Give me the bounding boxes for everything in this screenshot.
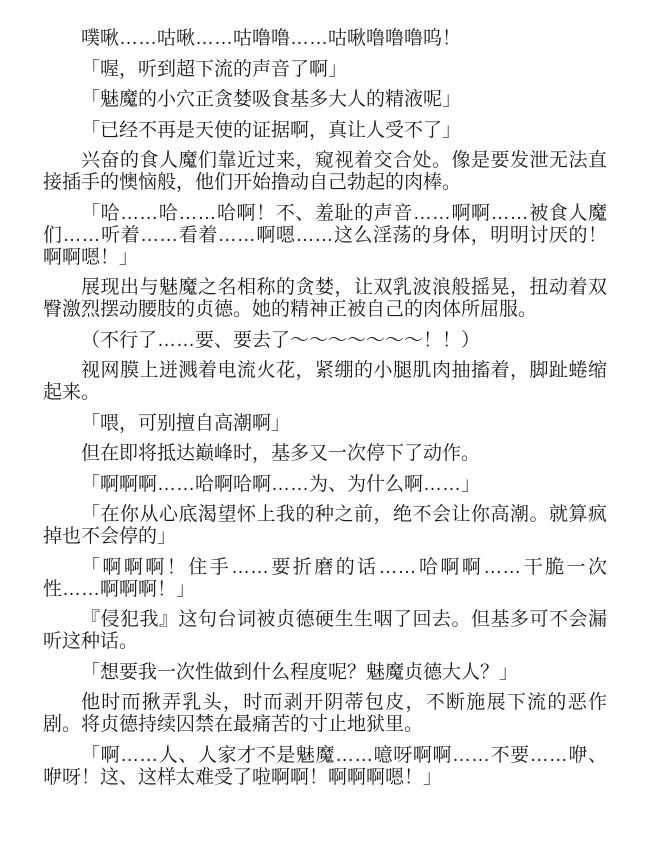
paragraph: 兴奋的食人魔们靠近过来，窥视着交合处。像是要发泄无法直接插手的懊恼般，他们开始撸…: [43, 150, 607, 194]
paragraph: 「哈……哈……哈啊！不、羞耻的声音……啊啊……被食人魔们……听着……看着……啊嗯…: [43, 203, 607, 269]
document-page: 噗啾……咕啾……咕噜噜……咕啾噜噜噜呜！「喔，听到超下流的声音了啊」「魅魔的小穴…: [0, 0, 650, 850]
paragraph: 「想要我一次性做到什么程度呢？魅魔贞德大人？」: [43, 662, 607, 684]
paragraph: 「啊啊啊！住手……要折磨的话……哈啊啊……干脆一次性……啊啊啊！」: [43, 557, 607, 601]
paragraph: （不行了……要、要去了～～～～～～～！！）: [43, 330, 607, 352]
paragraph: 「啊啊啊……哈啊哈啊……为、为什么啊……」: [43, 474, 607, 496]
paragraph: 『侵犯我』这句台词被贞德硬生生咽了回去。但基多可不会漏听这种话。: [43, 609, 607, 653]
paragraph: 「魅魔的小穴正贪婪吸食基多大人的精液呢」: [43, 89, 607, 111]
paragraph: 噗啾……咕啾……咕噜噜……咕啾噜噜噜呜！: [43, 28, 607, 50]
paragraph: 「在你从心底渴望怀上我的种之前，绝不会让你高潮。就算疯掉也不会停的」: [43, 504, 607, 548]
paragraph: 展现出与魅魔之名相称的贪婪，让双乳波浪般摇晃，扭动着双臀激烈摆动腰肢的贞德。她的…: [43, 277, 607, 321]
paragraph: 「喔，听到超下流的声音了啊」: [43, 59, 607, 81]
paragraph: 他时而揪弄乳头，时而剥开阴蒂包皮，不断施展下流的恶作剧。将贞德持续囚禁在最痛苦的…: [43, 692, 607, 736]
paragraph: 视网膜上迸溅着电流火花，紧绷的小腿肌肉抽搐着，脚趾蜷缩起来。: [43, 360, 607, 404]
paragraph: 「已经不再是天使的证据啊，真让人受不了」: [43, 120, 607, 142]
paragraph: 「啊……人、人家才不是魅魔……噫呀啊啊……不要……咿、咿呀！这、这样太难受了啦啊…: [43, 745, 607, 789]
paragraph: 但在即将抵达巅峰时，基多又一次停下了动作。: [43, 443, 607, 465]
paragraph: 「喂，可别擅自高潮啊」: [43, 413, 607, 435]
novel-text-block: 噗啾……咕啾……咕噜噜……咕啾噜噜噜呜！「喔，听到超下流的声音了啊」「魅魔的小穴…: [43, 28, 607, 789]
